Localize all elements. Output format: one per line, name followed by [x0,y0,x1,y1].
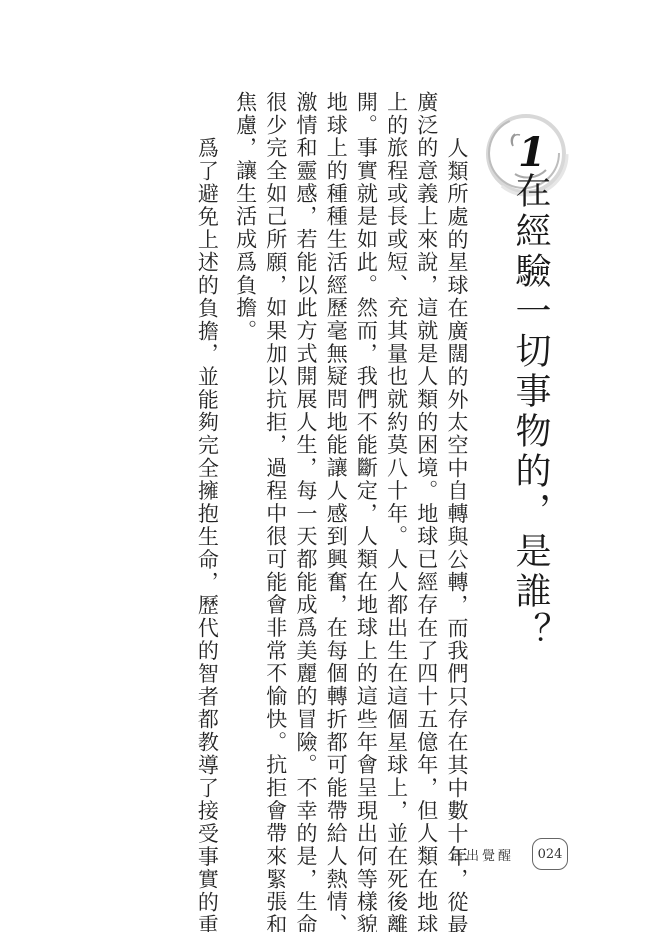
text-column: 人類所處的星球在廣闊的外太空中自轉與公轉，而我們只存在其中數十年，從最 [442,91,472,791]
text-column: 廣泛的意義上來說，這就是人類的困境。地球已經存在了四十五億年，但人類在地球 [412,91,442,791]
text-column: 上的旅程或長或短、充其量也就約莫八十年。人人都出生在這個星球上，並在死後離 [381,91,411,791]
text-column: 很少完全如己所願，如果加以抗拒，過程中很可能會非常不愉快。抗拒會帶來緊張和 [261,91,291,791]
text-column: 爲了避免上述的負擔，並能夠完全擁抱生命，歷代的智者都教導了接受事實的重 [192,91,222,791]
page-number: 024 [532,838,568,870]
chapter-title: 在經驗一切事物的，是誰？ [508,172,552,652]
running-title: 活出覺醒 [450,845,514,864]
text-column: 開。事實就是如此。然而，我們不能斷定，人類在地球上的這些年會呈現出何等樣貌。 [351,91,381,791]
text-column: 焦慮，讓生活成爲負擔。 [230,91,260,791]
body-text: 人類所處的星球在廣闊的外太空中自轉與公轉，而我們只存在其中數十年，從最 廣泛的意… [192,91,472,791]
text-column: 地球上的種種生活經歷毫無疑問地能讓人感到興奮，在每個轉折都可能帶給人熱情、 [321,91,351,791]
page-footer: 活出覺醒 024 [450,838,568,870]
chapter-number: 1 [518,128,546,178]
text-column: 激情和靈感，若能以此方式開展人生，每一天都能成爲美麗的冒險。不幸的是，生命 [291,91,321,791]
